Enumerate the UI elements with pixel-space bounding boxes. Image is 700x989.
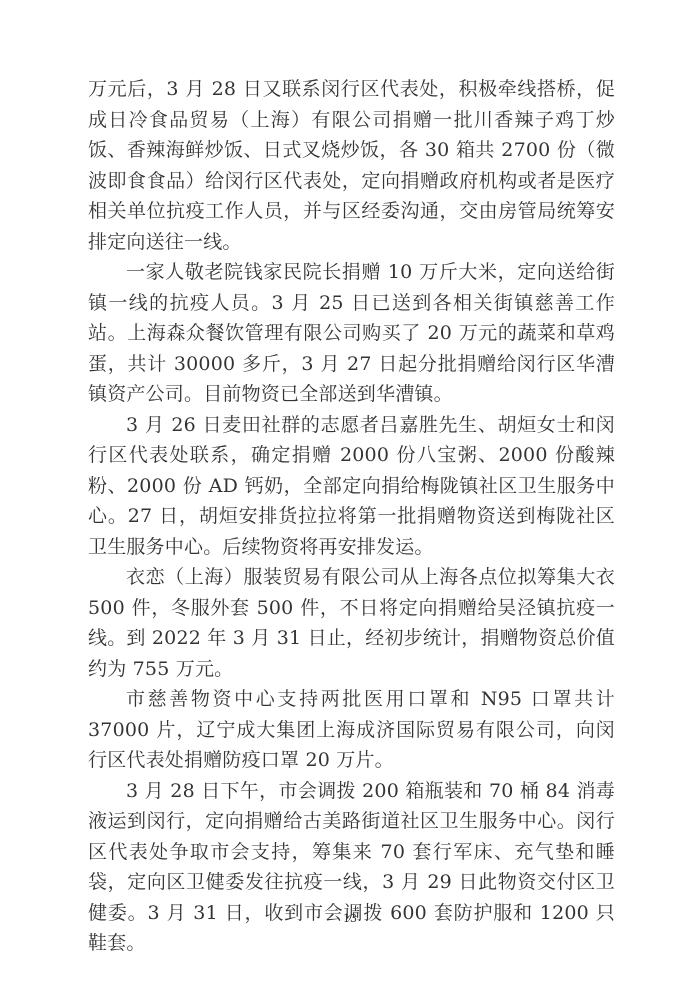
document-body: 万元后，3 月 28 日又联系闵行区代表处，积极牵线搭桥，促成日冷食品贸易（上海… (88, 74, 615, 959)
paragraph-masks-donation: 市慈善物资中心支持两批医用口罩和 N95 口罩共计 37000 片，辽宁成大集团… (88, 684, 615, 776)
paragraph-rice-vegetables-donation: 一家人敬老院钱家民院长捐赠 10 万斤大米，定向送给街镇一线的抗疫人员。3 月 … (88, 257, 615, 410)
paragraph-donation-fried-rice: 万元后，3 月 28 日又联系闵行区代表处，积极牵线搭桥，促成日冷食品贸易（上海… (88, 74, 615, 257)
document-page: 万元后，3 月 28 日又联系闵行区代表处，积极牵线搭桥，促成日冷食品贸易（上海… (0, 0, 700, 989)
page-number: 13 (0, 912, 700, 925)
paragraph-eland-clothing-donation: 衣恋（上海）服装贸易有限公司从上海各点位拟筹集大衣 500 件，冬服外套 500… (88, 562, 615, 684)
paragraph-disinfectant-supplies-donation: 3 月 28 日下午，市会调拨 200 箱瓶装和 70 桶 84 消毒液运到闵行… (88, 776, 615, 959)
paragraph-maitian-volunteers-donation: 3 月 26 日麦田社群的志愿者吕嘉胜先生、胡烜女士和闵行区代表处联系，确定捐赠… (88, 410, 615, 563)
